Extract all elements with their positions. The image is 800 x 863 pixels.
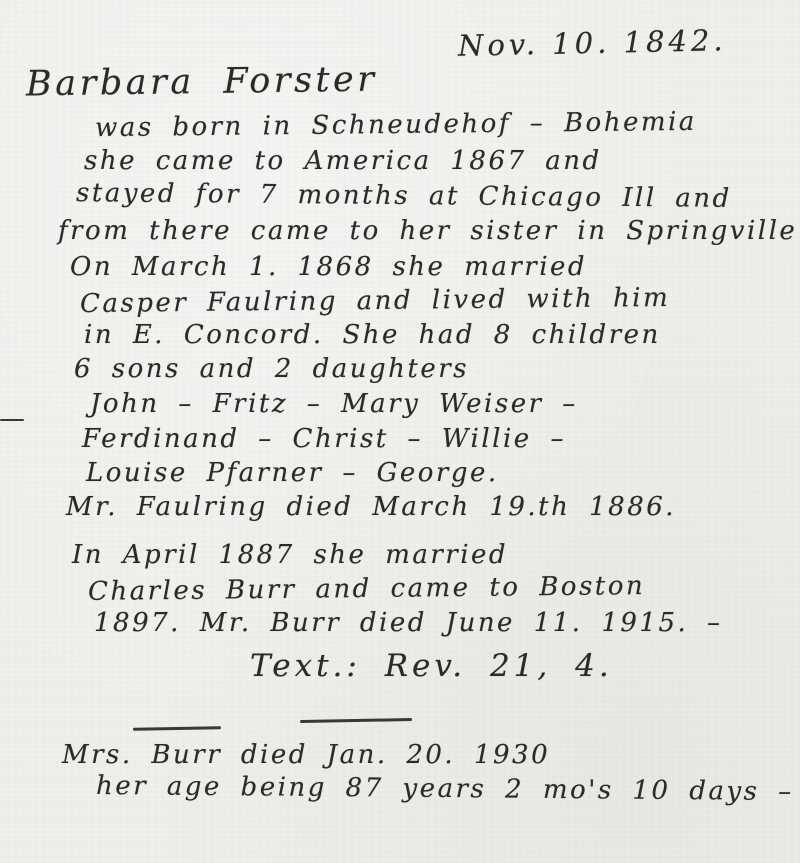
handwritten-line: Louise Pfarner – George. — [86, 458, 499, 488]
handwritten-line: Mr. Faulring died March 19.th 1886. — [66, 492, 676, 522]
addendum-line: her age being 87 years 2 mo's 10 days – — [96, 771, 794, 807]
overline-stroke — [133, 726, 221, 731]
handwritten-line: she came to America 1867 and — [84, 146, 602, 176]
handwritten-line: John – Fritz – Mary Weiser – — [90, 389, 578, 419]
handwritten-line: Ferdinand – Christ – Willie – — [82, 424, 566, 454]
scanned-document-page: Nov. 10. 1842. Barbara Forster was born … — [0, 0, 800, 863]
overline-stroke — [300, 718, 412, 723]
date-line: Nov. 10. 1842. — [458, 23, 727, 63]
addendum-line: Mrs. Burr died Jan. 20. 1930 — [62, 740, 550, 770]
handwritten-line: 1897. Mr. Burr died June 11. 1915. – — [94, 608, 723, 638]
handwritten-line: was born in Schneudehof – Bohemia — [95, 107, 697, 143]
handwritten-line: In April 1887 she married — [72, 540, 508, 570]
handwritten-line: Casper Faulring and lived with him — [80, 283, 671, 319]
handwritten-line: Charles Burr and came to Boston — [88, 571, 645, 607]
scripture-reference-line: Text.: Rev. 21, 4. — [250, 648, 613, 684]
handwritten-line: in E. Concord. She had 8 children — [84, 320, 661, 350]
handwritten-line: On March 1. 1868 she married — [70, 252, 587, 282]
handwritten-line: from there came to her sister in Springv… — [58, 216, 797, 246]
handwritten-line: stayed for 7 months at Chicago Ill and — [76, 178, 732, 214]
handwritten-line: 6 sons and 2 daughters — [74, 354, 469, 384]
page-title: Barbara Forster — [26, 60, 378, 105]
margin-dash-mark — [0, 419, 24, 421]
